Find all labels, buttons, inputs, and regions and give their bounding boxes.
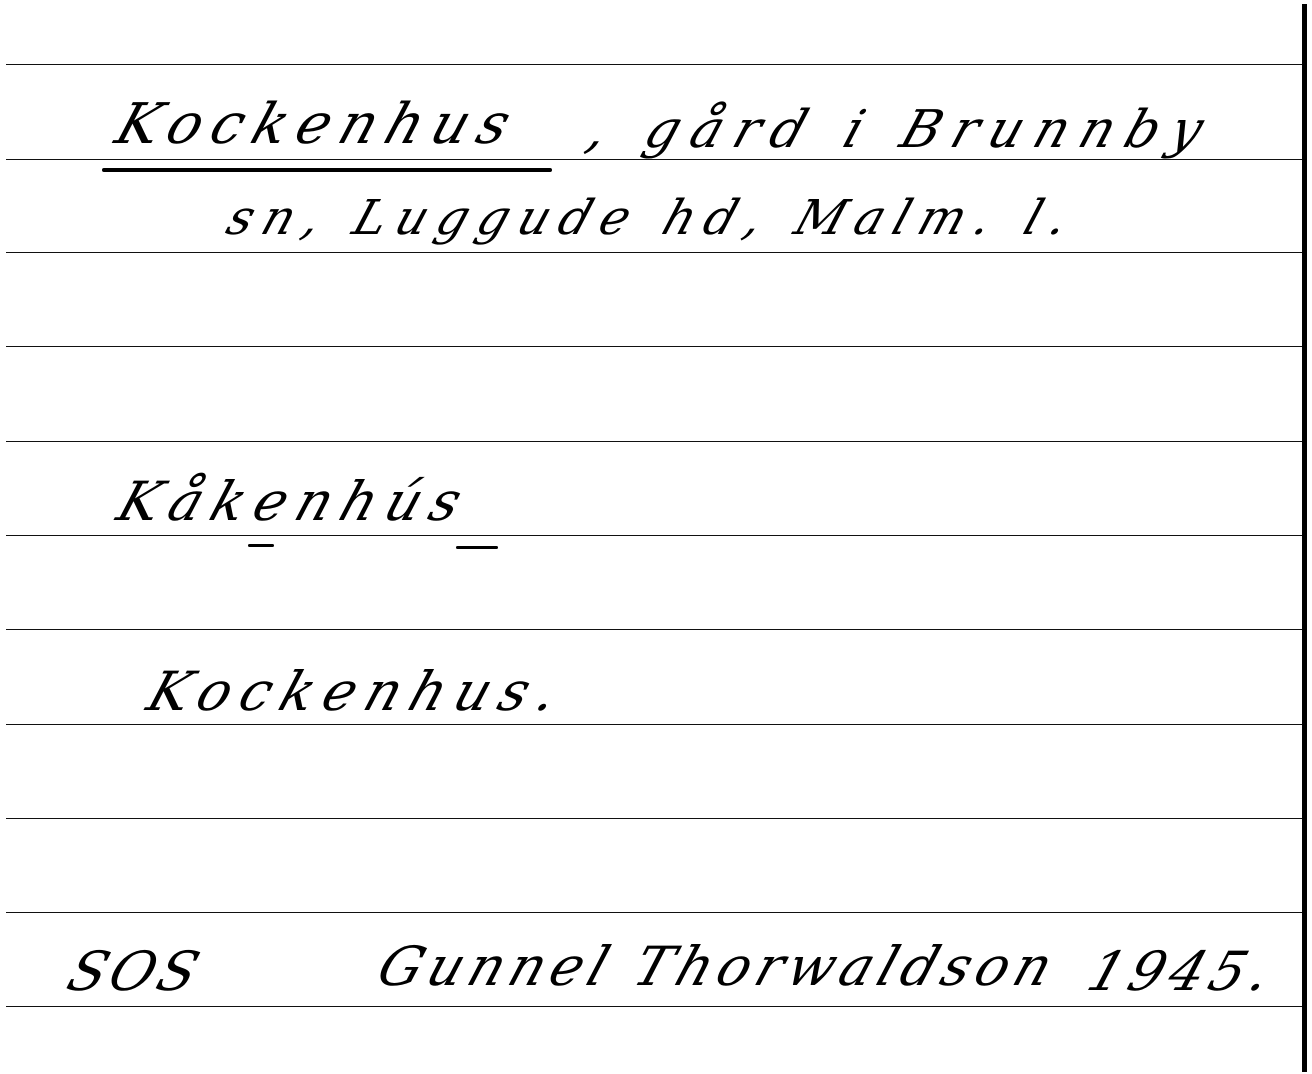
ruled-line (6, 724, 1302, 725)
ruled-line (6, 346, 1302, 347)
collector-name: Gunnel Thorwaldson (370, 935, 1067, 998)
year: 1945. (1080, 940, 1285, 1003)
ruled-line (6, 629, 1302, 630)
description-line-1: , gård i Brunnby (580, 100, 1223, 160)
ruled-line (6, 818, 1302, 819)
source-code: SOS (60, 940, 211, 1003)
recorded-form: Kockenhus. (140, 660, 576, 723)
headword: Kockenhus (108, 92, 529, 157)
phonetic-mark-u (456, 546, 498, 549)
ruled-line (6, 912, 1302, 913)
ruled-line (6, 535, 1302, 536)
phonetic-mark-k (248, 544, 274, 547)
card-edge (1302, 4, 1307, 1072)
ruled-line (6, 1006, 1302, 1007)
ruled-line (6, 64, 1302, 65)
index-card: Kockenhus , gård i Brunnby sn, Luggude h… (0, 0, 1312, 1074)
ruled-line (6, 252, 1302, 253)
ruled-line (6, 441, 1302, 442)
phonetic-form: Kåkenhús (110, 470, 480, 533)
headword-underline (102, 168, 552, 172)
description-line-2: sn, Luggude hd, Malm. l. (220, 190, 1086, 246)
